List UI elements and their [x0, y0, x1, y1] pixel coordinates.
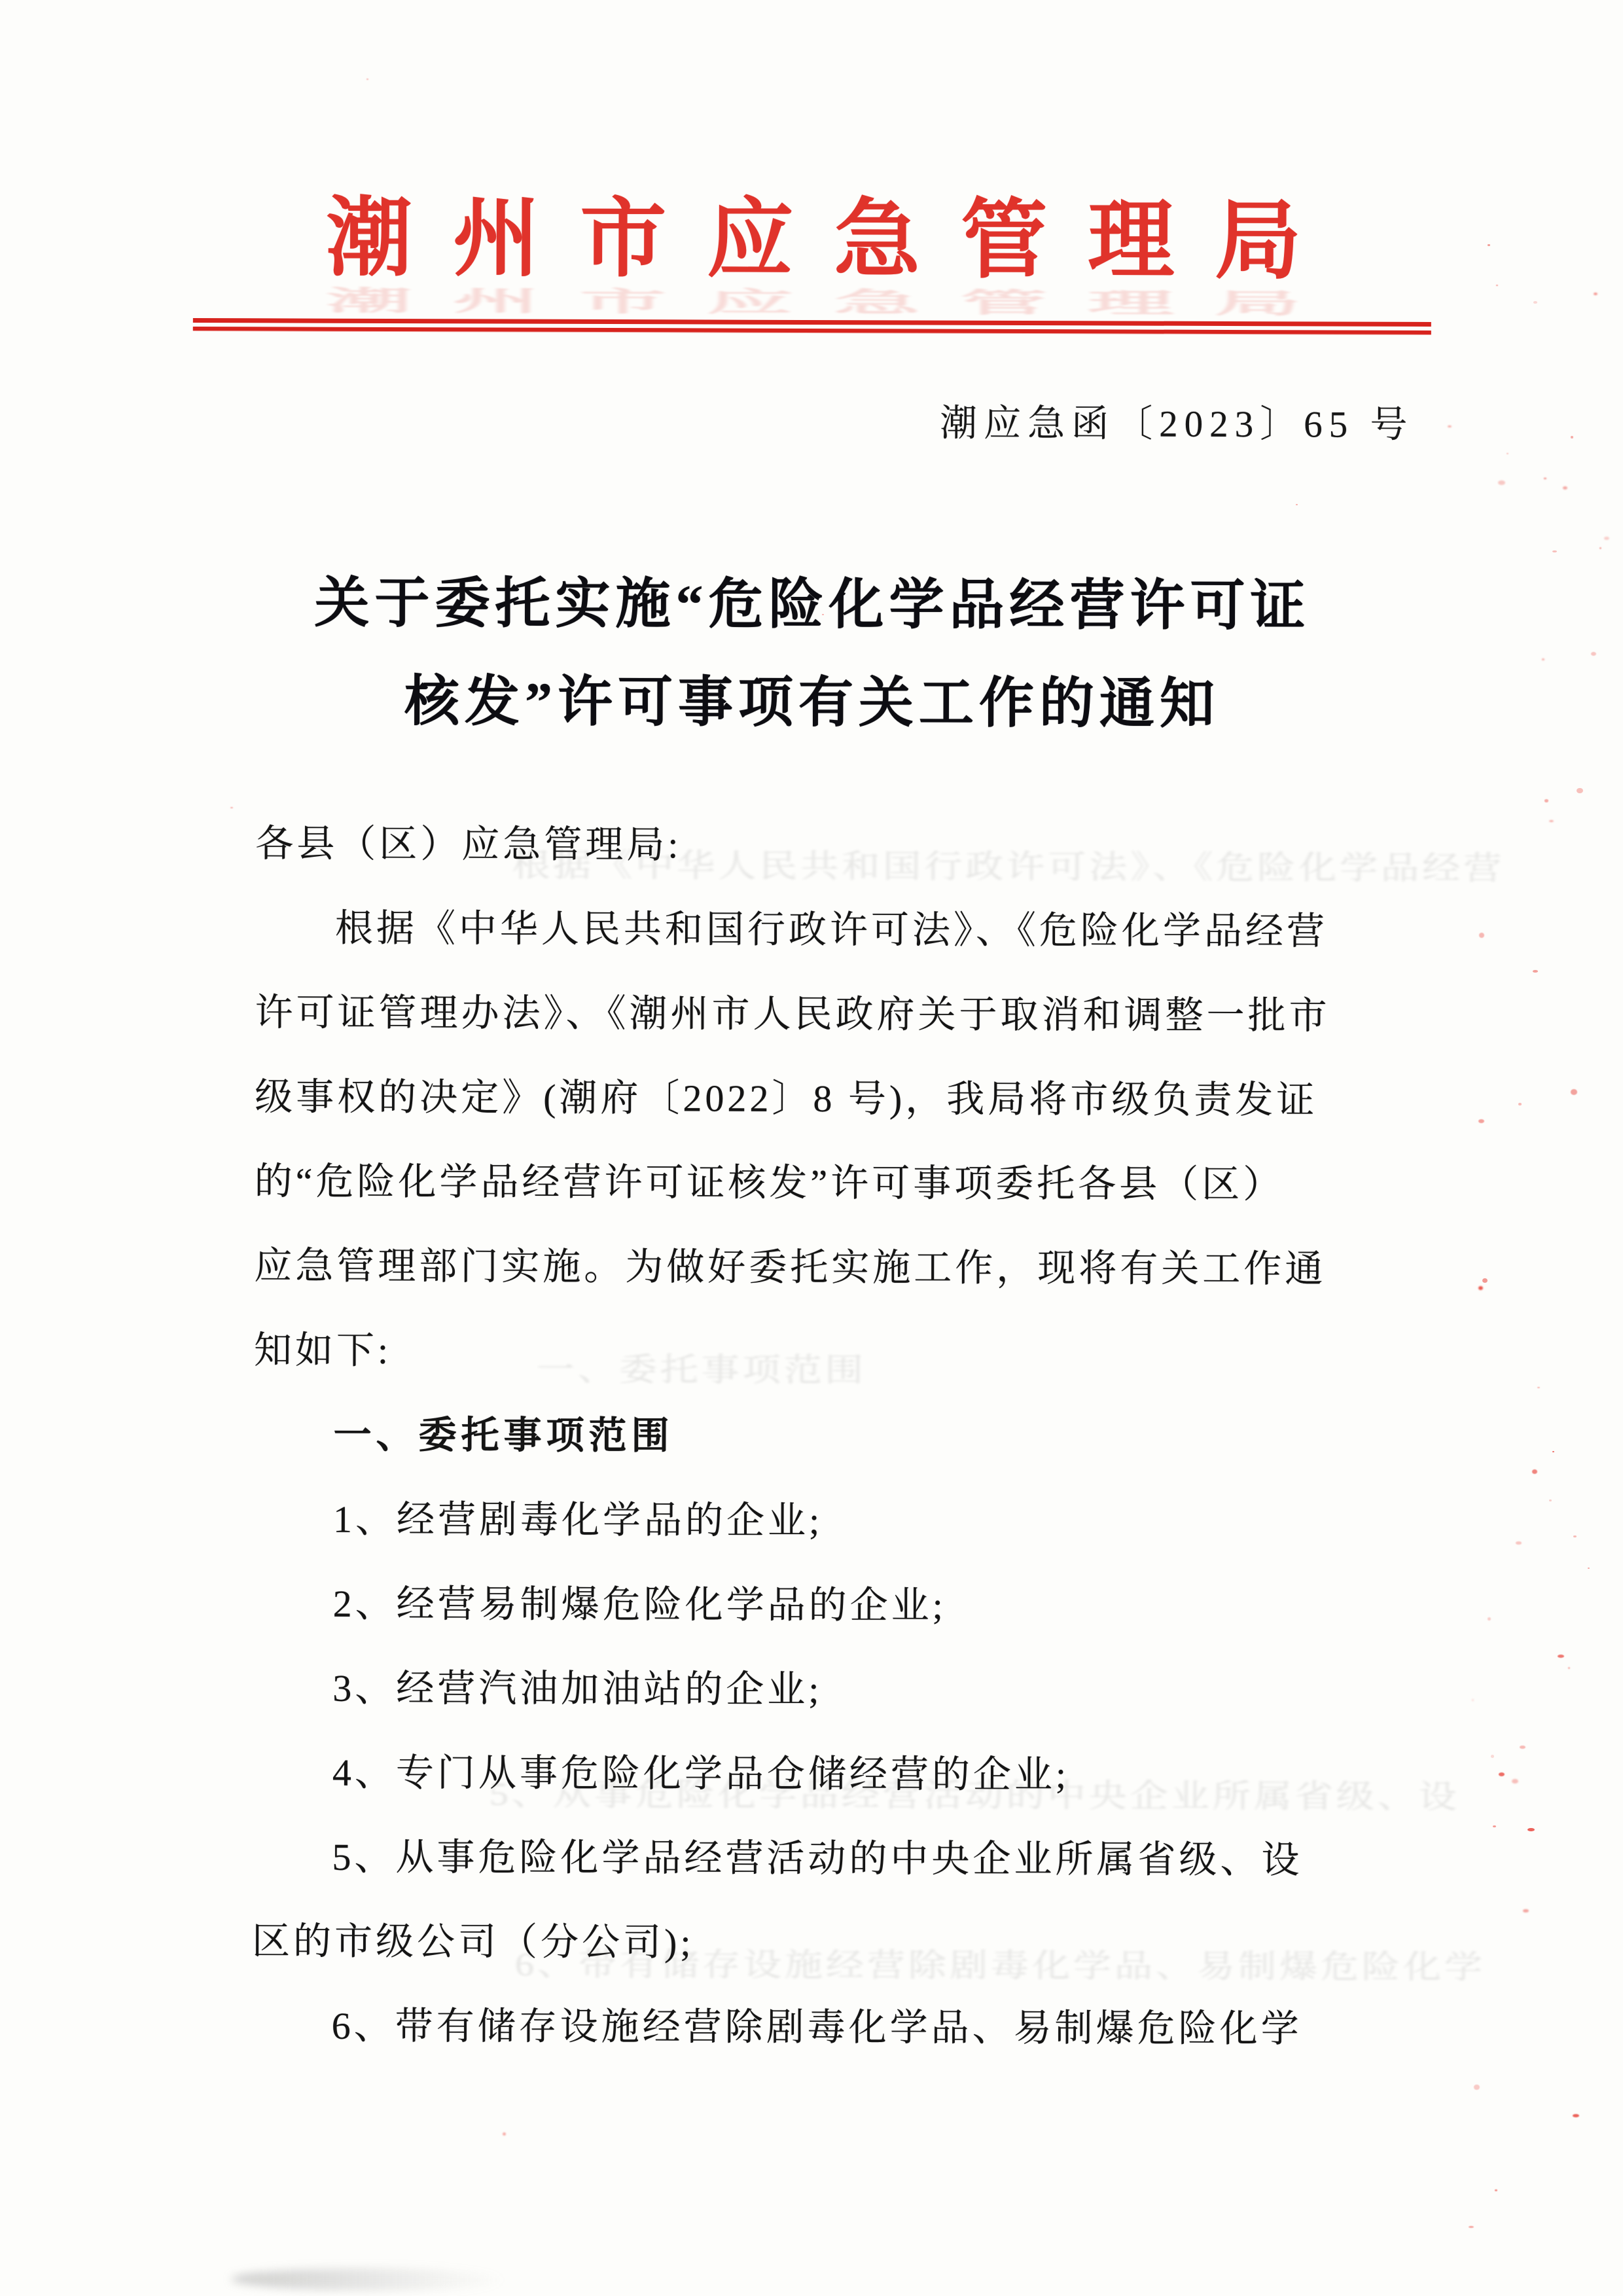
- document-body: 各县（区）应急管理局:根据《中华人民共和国行政许可法》、《危险化学品经营许可证管…: [251, 801, 1427, 2072]
- scanned-document-page: 潮州市应急管理局 潮州市应急管理局 潮应急函〔2023〕65 号 关于委托实施“…: [0, 0, 1623, 2296]
- agency-header-ghost-artifact: 潮州市应急管理局: [2, 284, 1623, 321]
- body-line: 应急管理部门实施。为做好委托实施工作，现将有关工作通: [254, 1223, 1425, 1312]
- document-content: 潮州市应急管理局 潮州市应急管理局 潮应急函〔2023〕65 号 关于委托实施“…: [0, 0, 1623, 2296]
- body-line: 区的市级公司（分公司);: [252, 1899, 1423, 1987]
- body-line: 一、委托事项范围: [253, 1392, 1425, 1480]
- page-edge-smudge-artifact: [231, 2268, 506, 2291]
- body-line: 许可证管理办法》、《潮州市人民政府关于取消和调整一批市: [255, 970, 1426, 1058]
- body-line: 3、经营汽油加油站的企业;: [253, 1645, 1424, 1734]
- document-title: 关于委托实施“危险化学品经营许可证 核发”许可事项有关工作的通知: [1, 554, 1623, 755]
- body-line: 1、经营剧毒化学品的企业;: [253, 1477, 1425, 1565]
- agency-header-title: 潮州市应急管理局: [2, 188, 1623, 292]
- body-line: 5、从事危险化学品经营活动的中央企业所属省级、设: [252, 1814, 1423, 1903]
- document-reference-number: 潮应急函〔2023〕65 号: [940, 393, 1414, 448]
- letterhead-divider-rule: [193, 318, 1431, 334]
- body-line: 根据《中华人民共和国行政许可法》、《危险化学品经营: [255, 886, 1427, 974]
- body-line: 级事权的决定》(潮府〔2022〕8 号)，我局将市级负责发证: [255, 1054, 1426, 1143]
- document-title-line-1: 关于委托实施“危险化学品经营许可证: [1, 554, 1623, 657]
- body-line: 6、带有储存设施经营除剧毒化学品、易制爆危险化学: [251, 1983, 1423, 2072]
- body-line: 知如下:: [254, 1308, 1425, 1396]
- body-line: 的“危险化学品经营许可证核发”许可事项委托各县（区）: [255, 1139, 1426, 1227]
- document-title-line-2: 核发”许可事项有关工作的通知: [1, 652, 1623, 755]
- body-line: 2、经营易制爆危险化学品的企业;: [253, 1561, 1425, 1649]
- body-line: 各县（区）应急管理局:: [255, 801, 1427, 889]
- body-line: 4、专门从事危险化学品仓储经营的企业;: [253, 1730, 1424, 1818]
